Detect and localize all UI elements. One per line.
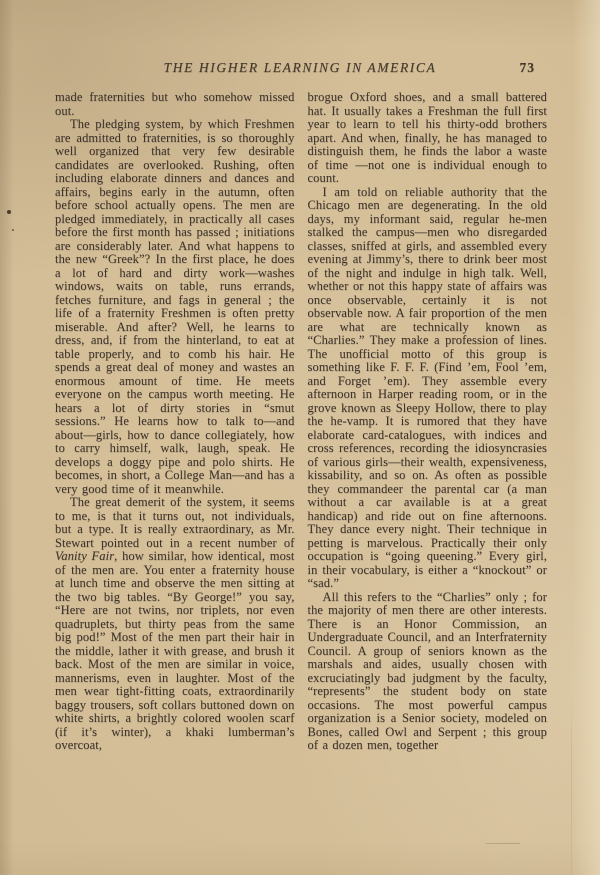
paragraph: I am told on reliable authority that the…	[308, 186, 548, 591]
text-columns: made fraternities but who somehow missed…	[55, 91, 547, 753]
column-right: brogue Oxford shoes, and a small battere…	[308, 91, 548, 753]
text-run: , how similar, how identical, most of th…	[55, 549, 295, 752]
paragraph: All this refers to the “Charlies” only ;…	[308, 591, 548, 753]
text-run: The great demerit of the system, it seem…	[55, 495, 295, 550]
text-run: made fraternities but who somehow missed…	[55, 90, 295, 118]
speckle	[12, 229, 14, 231]
page-title: THE HIGHER LEARNING IN AMERICA	[55, 60, 545, 76]
page-header: THE HIGHER LEARNING IN AMERICA 73	[55, 60, 545, 80]
paper-scratch	[486, 843, 520, 844]
italic-text: Vanity Fair	[55, 549, 114, 563]
paragraph: brogue Oxford shoes, and a small battere…	[308, 91, 548, 186]
page-crease	[571, 690, 572, 875]
text-run: brogue Oxford shoes, and a small battere…	[308, 90, 548, 185]
column-left: made fraternities but who somehow missed…	[55, 91, 295, 753]
text-run: All this refers to the “Charlies” only ;…	[308, 590, 548, 753]
speckle	[7, 210, 11, 214]
paragraph: The great demerit of the system, it seem…	[55, 496, 295, 753]
text-run: I am told on reliable authority that the…	[308, 185, 548, 591]
text-run: The pledging system, by which Freshmen a…	[55, 117, 295, 496]
book-page: THE HIGHER LEARNING IN AMERICA 73 made f…	[0, 0, 600, 875]
paragraph: made fraternities but who somehow missed…	[55, 91, 295, 118]
paragraph: The pledging system, by which Freshmen a…	[55, 118, 295, 496]
page-number: 73	[520, 60, 536, 76]
